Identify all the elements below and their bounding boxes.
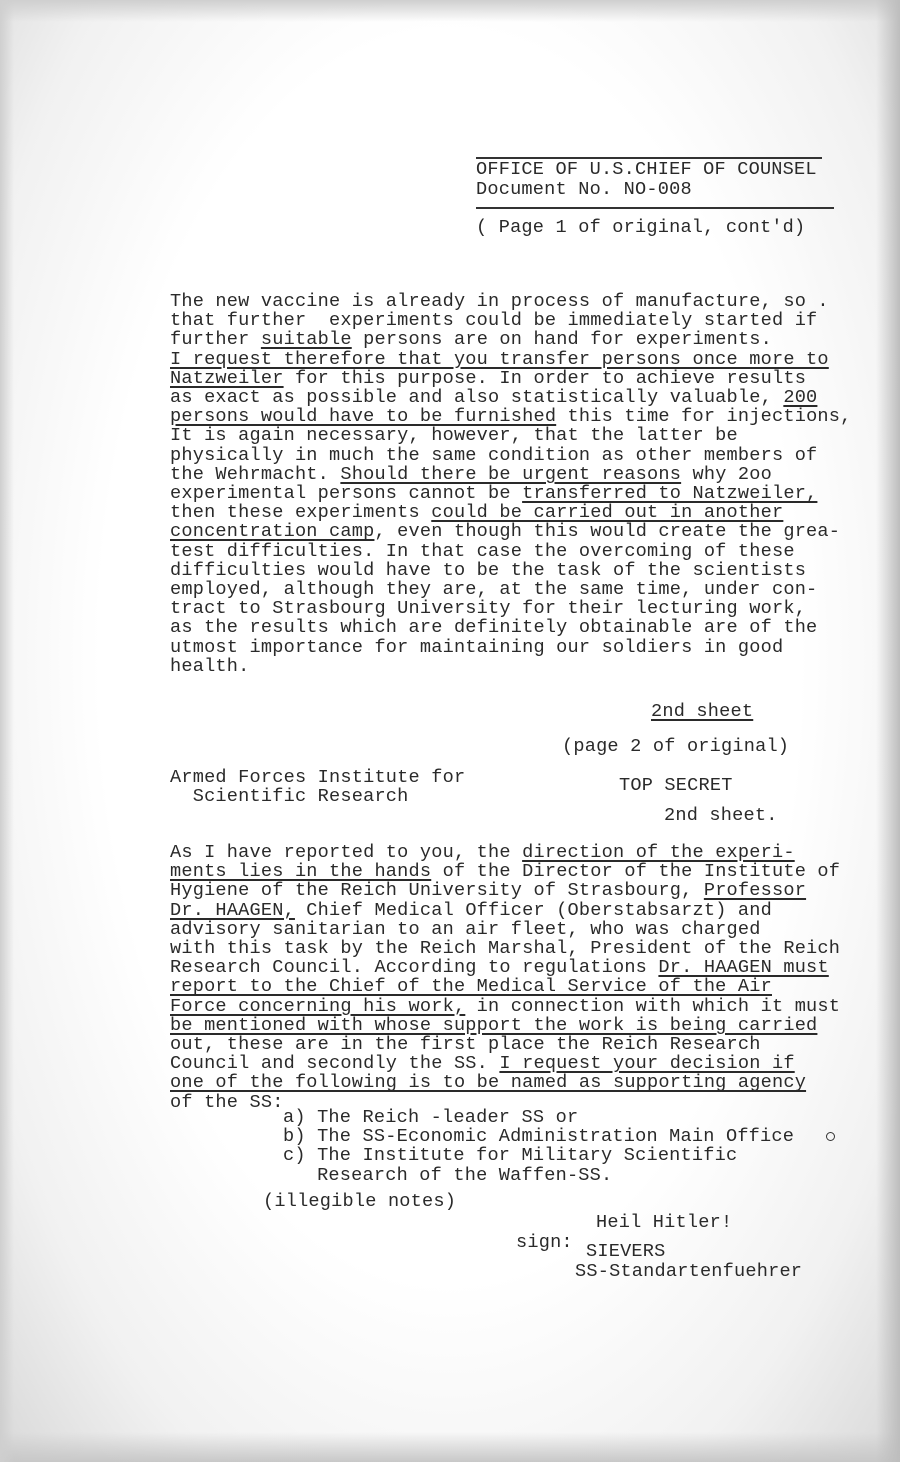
text-segment: Chief Medical Officer (Oberstabsarzt) an…	[295, 900, 772, 921]
underlined-text: direction of the experi-	[522, 842, 795, 863]
sheet-2-label: 2nd sheet.	[664, 806, 778, 825]
underlined-text: report to the Chief of the Medical Servi…	[170, 976, 772, 997]
underlined-text: could be carried out in another	[431, 502, 783, 523]
text-line: report to the Chief of the Medical Servi…	[170, 977, 840, 996]
text-line: persons would have to be furnished this …	[170, 407, 852, 426]
text-segment: with this task by the Reich Marshal, Pre…	[170, 938, 840, 959]
text-segment: difficulties would have to be the task o…	[170, 560, 806, 581]
text-line: employed, although they are, at the same…	[170, 580, 852, 599]
scan-edge-bottom	[0, 1432, 900, 1462]
option-c-cont: Research of the Waffen-SS.	[283, 1165, 612, 1186]
sign-label: sign:	[516, 1233, 573, 1252]
institute-line-2: Scientific Research	[170, 786, 409, 807]
text-segment: further	[170, 329, 261, 350]
underlined-text: persons would have to be furnished	[170, 406, 556, 427]
text-segment: that further experiments could be immedi…	[170, 310, 817, 331]
text-line: tract to Strasbourg University for their…	[170, 599, 852, 618]
text-line: difficulties would have to be the task o…	[170, 561, 852, 580]
underlined-text: Dr. HAAGEN,	[170, 900, 295, 921]
handwritten-circle-mark	[826, 1132, 835, 1141]
text-segment: out, these are in the first place the Re…	[170, 1034, 761, 1055]
text-segment: utmost importance for maintaining our so…	[170, 637, 783, 658]
underlined-text: be mentioned with whose support the work…	[170, 1015, 817, 1036]
paragraph-1: The new vaccine is already in process of…	[170, 292, 852, 676]
underlined-text: I request your decision if	[499, 1053, 794, 1074]
text-line: with this task by the Reich Marshal, Pre…	[170, 939, 840, 958]
document-page: OFFICE OF U.S.CHIEF OF COUNSEL Document …	[0, 0, 900, 1462]
sheet-label: 2nd sheet	[651, 702, 753, 721]
underlined-text: transferred to Natzweiler,	[522, 483, 817, 504]
underlined-text: concentration camp	[170, 521, 374, 542]
text-line: as the results which are definitely obta…	[170, 618, 852, 637]
page-2-label: (page 2 of original)	[562, 737, 789, 756]
text-segment: health.	[170, 656, 250, 677]
closing-salutation: Heil Hitler!	[596, 1213, 732, 1232]
text-segment: in connection with which it must	[465, 996, 840, 1017]
text-line: as exact as possible and also statistica…	[170, 388, 852, 407]
text-line: advisory sanitarian to an air fleet, who…	[170, 920, 840, 939]
scan-edge-top	[0, 0, 900, 22]
text-line: Hygiene of the Reich University of Stras…	[170, 881, 840, 900]
text-line: Dr. HAAGEN, Chief Medical Officer (Obers…	[170, 901, 840, 920]
text-line: health.	[170, 657, 852, 676]
scan-edge-right	[876, 0, 900, 1462]
text-line: experimental persons cannot be transferr…	[170, 484, 852, 503]
page-note: ( Page 1 of original, cont'd)	[476, 218, 805, 237]
illegible-notes: (illegible notes)	[263, 1192, 456, 1211]
underlined-text: Force concerning his work,	[170, 996, 465, 1017]
text-segment: The new vaccine is already in process of…	[170, 291, 829, 312]
header-rule-bottom	[476, 207, 834, 209]
text-line: that further experiments could be immedi…	[170, 311, 852, 330]
text-line: one of the following is to be named as s…	[170, 1073, 840, 1092]
text-line: It is again necessary, however, that the…	[170, 426, 852, 445]
underlined-text: Natzweiler	[170, 368, 284, 389]
scan-edge-left	[0, 0, 14, 1462]
text-line: Council and secondly the SS. I request y…	[170, 1054, 840, 1073]
text-segment: Research Council. According to regulatio…	[170, 957, 658, 978]
text-line: Research Council. According to regulatio…	[170, 958, 840, 977]
options-list: a) The Reich -leader SS or b) The SS-Eco…	[283, 1108, 794, 1185]
text-line: As I have reported to you, the direction…	[170, 843, 840, 862]
text-line: test difficulties. In that case the over…	[170, 542, 852, 561]
text-segment: physically in much the same condition as…	[170, 445, 817, 466]
underlined-text: 200	[783, 387, 817, 408]
underlined-text: Dr. HAAGEN must	[658, 957, 828, 978]
classification-stamp: TOP SECRET	[619, 776, 733, 795]
text-segment: , even though this would create the grea…	[374, 521, 840, 542]
underlined-text: Professor	[704, 880, 806, 901]
text-line: Natzweiler for this purpose. In order to…	[170, 369, 852, 388]
paragraph-2: As I have reported to you, the direction…	[170, 843, 840, 1112]
text-segment: experimental persons cannot be	[170, 483, 522, 504]
text-line: utmost importance for maintaining our so…	[170, 638, 852, 657]
office-heading: OFFICE OF U.S.CHIEF OF COUNSEL	[476, 160, 817, 179]
text-segment: Hygiene of the Reich University of Stras…	[170, 880, 704, 901]
underlined-text: Should there be urgent reasons	[340, 464, 681, 485]
text-segment: then these experiments	[170, 502, 431, 523]
text-line: physically in much the same condition as…	[170, 446, 852, 465]
text-line: I request therefore that you transfer pe…	[170, 350, 852, 369]
text-segment: advisory sanitarian to an air fleet, who…	[170, 919, 761, 940]
text-line: ments lies in the hands of the Director …	[170, 862, 840, 881]
text-segment: of the Director of the Institute of	[431, 861, 840, 882]
text-segment: as exact as possible and also statistica…	[170, 387, 783, 408]
text-line: the Wehrmacht. Should there be urgent re…	[170, 465, 852, 484]
text-segment: this time for injections,	[556, 406, 851, 427]
text-segment: As I have reported to you, the	[170, 842, 522, 863]
text-segment: why 2oo	[681, 464, 772, 485]
text-segment: test difficulties. In that case the over…	[170, 541, 795, 562]
text-segment: for this purpose. In order to achieve re…	[284, 368, 806, 389]
option-c: c) The Institute for Military Scientific	[283, 1145, 737, 1166]
signer-rank: SS-Standartenfuehrer	[575, 1262, 802, 1281]
text-line: out, these are in the first place the Re…	[170, 1035, 840, 1054]
text-segment: of the SS:	[170, 1092, 284, 1113]
text-line: The new vaccine is already in process of…	[170, 292, 852, 311]
text-segment: Council and secondly the SS.	[170, 1053, 499, 1074]
underlined-text: suitable	[261, 329, 352, 350]
text-line: concentration camp, even though this wou…	[170, 522, 852, 541]
underlined-text: I request therefore that you transfer pe…	[170, 349, 829, 370]
text-line: then these experiments could be carried …	[170, 503, 852, 522]
underlined-text: ments lies in the hands	[170, 861, 431, 882]
text-segment: It is again necessary, however, that the…	[170, 425, 738, 446]
text-segment: tract to Strasbourg University for their…	[170, 598, 806, 619]
option-a: a) The Reich -leader SS or	[283, 1107, 578, 1128]
sender-institute: Armed Forces Institute for Scientific Re…	[170, 768, 465, 806]
text-segment: the Wehrmacht.	[170, 464, 340, 485]
underlined-text: one of the following is to be named as s…	[170, 1072, 806, 1093]
text-segment: as the results which are definitely obta…	[170, 617, 817, 638]
text-line: further suitable persons are on hand for…	[170, 330, 852, 349]
text-line: be mentioned with whose support the work…	[170, 1016, 840, 1035]
text-line: Force concerning his work, in connection…	[170, 997, 840, 1016]
signer-name: SIEVERS	[586, 1242, 666, 1261]
text-segment: persons are on hand for experiments.	[352, 329, 772, 350]
text-segment: employed, although they are, at the same…	[170, 579, 817, 600]
option-b: b) The SS-Economic Administration Main O…	[283, 1126, 794, 1147]
document-number: Document No. NO-008	[476, 180, 692, 199]
institute-line-1: Armed Forces Institute for	[170, 767, 465, 788]
